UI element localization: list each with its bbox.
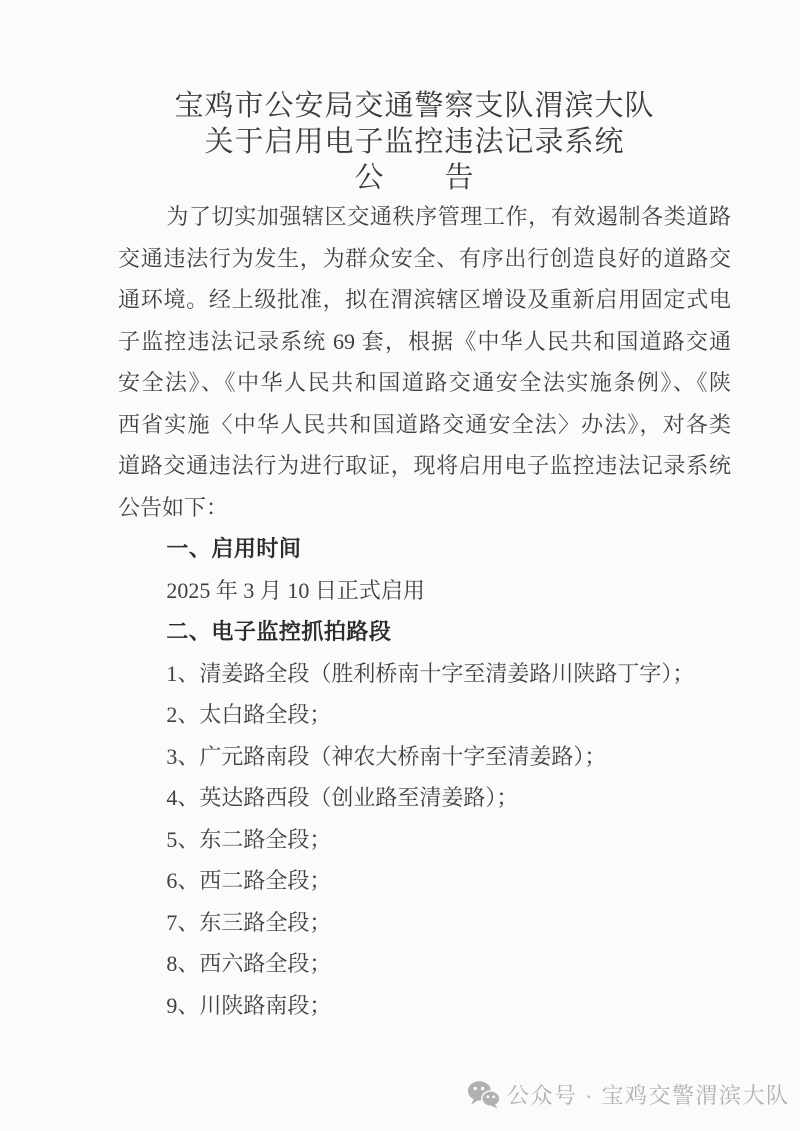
road-list-item-2: 2、太白路全段；	[118, 694, 731, 736]
paragraph-line: 子监控违法记录系统 69 套，根据《中华人民共和国道路交通	[118, 321, 731, 363]
section-1-heading: 一、启用时间	[118, 528, 731, 570]
wechat-watermark: 公众号 · 宝鸡交警渭滨大队	[467, 1079, 790, 1110]
title-line-1: 宝鸡市公安局交通警察支队渭滨大队	[118, 88, 711, 124]
document-title: 宝鸡市公安局交通警察支队渭滨大队 关于启用电子监控违法记录系统 公 告	[118, 88, 711, 196]
paragraph-line: 通环境。经上级批准，拟在渭滨辖区增设及重新启用固定式电	[118, 279, 731, 321]
wechat-account-label: 公众号 · 宝鸡交警渭滨大队	[507, 1079, 790, 1110]
road-list-item-1: 1、清姜路全段（胜利桥南十字至清姜路川陕路丁字）；	[118, 653, 731, 695]
road-list-item-4: 4、英达路西段（创业路至清姜路）；	[118, 777, 731, 819]
section-1-date: 2025 年 3 月 10 日正式启用	[118, 570, 731, 612]
road-list-item-9: 9、川陕路南段；	[118, 985, 731, 1027]
wechat-icon	[467, 1080, 500, 1109]
road-list-item-8: 8、西六路全段；	[118, 943, 731, 985]
paragraph-line: 西省实施〈中华人民共和国道路交通安全法〉办法》，对各类	[118, 404, 731, 446]
paragraph-line: 公告如下：	[118, 487, 731, 529]
document-page: 宝鸡市公安局交通警察支队渭滨大队 关于启用电子监控违法记录系统 公 告 为了切实…	[0, 0, 800, 1131]
paragraph-line: 道路交通违法行为进行取证，现将启用电子监控违法记录系统	[118, 445, 731, 487]
road-list-item-3: 3、广元路南段（神农大桥南十字至清姜路）；	[118, 736, 731, 778]
road-list-item-5: 5、东二路全段；	[118, 819, 731, 861]
title-line-3: 公 告	[118, 160, 711, 196]
road-list-item-7: 7、东三路全段；	[118, 902, 731, 944]
road-list-item-6: 6、西二路全段；	[118, 860, 731, 902]
section-2-heading: 二、电子监控抓拍路段	[118, 611, 731, 653]
intro-paragraph: 为了切实加强辖区交通秩序管理工作，有效遏制各类道路 交通违法行为发生，为群众安全…	[118, 196, 731, 528]
paragraph-line: 为了切实加强辖区交通秩序管理工作，有效遏制各类道路	[118, 196, 731, 238]
paragraph-line: 安全法》、《中华人民共和国道路交通安全法实施条例》、《陕	[118, 362, 731, 404]
notice-document: 宝鸡市公安局交通警察支队渭滨大队 关于启用电子监控违法记录系统 公 告 为了切实…	[0, 0, 800, 1026]
title-line-2: 关于启用电子监控违法记录系统	[118, 124, 711, 160]
paragraph-line: 交通违法行为发生，为群众安全、有序出行创造良好的道路交	[118, 238, 731, 280]
